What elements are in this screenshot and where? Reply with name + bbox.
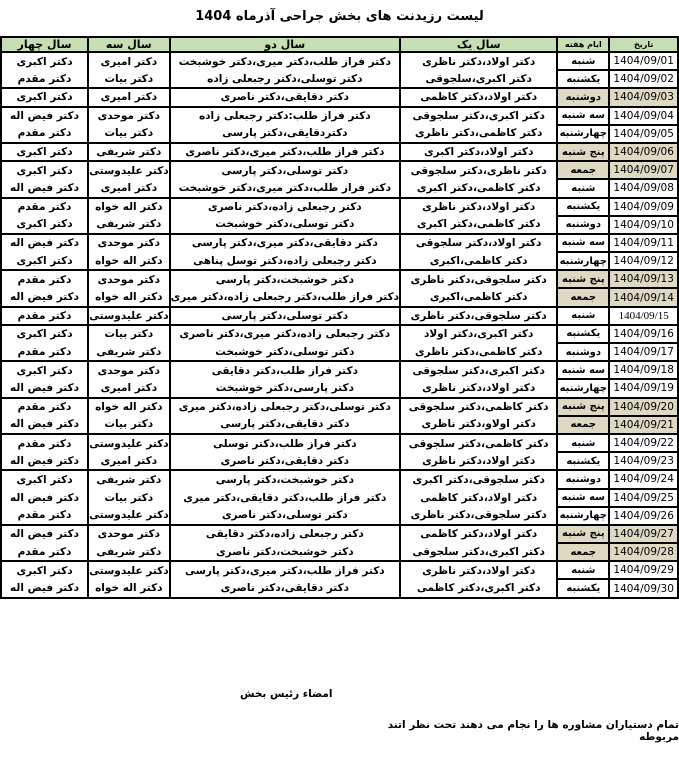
year1-cell: دکتر ناظری،دکتر سلجوقی <box>400 161 557 179</box>
schedule-row: 1404/09/25سه شنبهدکتر اولاد،دکتر کاظمیدک… <box>1 489 678 507</box>
weekday-cell: یکشنبه <box>557 198 609 216</box>
weekday-cell: یکشنبه <box>557 70 609 88</box>
date-cell: 1404/09/26 <box>609 507 678 525</box>
year2-cell: دکتر رجبعلی زاده،دکتر میری،دکتر ناصری <box>170 325 400 343</box>
date-cell: 1404/09/02 <box>609 70 678 88</box>
schedule-row: 1404/09/28جمعهدکتر اکبری،دکتر سلجوقیدکتر… <box>1 543 678 561</box>
date-cell: 1404/09/17 <box>609 343 678 361</box>
schedule-row: 1404/09/18سه شنبهدکتر اکبری،دکتر سلجوقید… <box>1 361 678 379</box>
page-title: لیست رزیدنت های بخش جراحی آذرماه 1404 <box>0 0 679 24</box>
weekday-cell: جمعه <box>557 161 609 179</box>
year3-cell: دکتر شریفی <box>88 216 170 234</box>
schedule-row: 1404/09/20پنج شنبهدکتر کاظمی،دکتر سلجوقی… <box>1 398 678 416</box>
year4-cell: دکتر فیض اله <box>1 379 88 397</box>
year4-cell: دکتر اکبری <box>1 470 88 488</box>
year3-cell: دکتر بیات <box>88 489 170 507</box>
year1-cell: دکتر سلجوقی،دکتر اکبری <box>400 470 557 488</box>
year4-cell: دکتر اکبری <box>1 143 88 161</box>
schedule-row: 1404/09/16یکشنبهدکتر اکبری،دکتر اولاددکت… <box>1 325 678 343</box>
year4-cell: دکتر فیض اله <box>1 416 88 434</box>
year4-cell: دکتر مقدم <box>1 507 88 525</box>
weekday-cell: جمعه <box>557 543 609 561</box>
year3-cell: دکتر امیری <box>88 88 170 106</box>
year1-cell: دکتر اکبری،دکتر سلجوقی <box>400 361 557 379</box>
year1-cell: دکتر اکبری،دکتر کاظمی <box>400 579 557 597</box>
weekday-cell: سه شنبه <box>557 234 609 252</box>
year3-cell: دکتر علیدوستی <box>88 434 170 452</box>
signature-line: امضاء رئیس بخش <box>240 688 333 700</box>
year4-cell: دکتر اکبری <box>1 252 88 270</box>
year1-cell: دکتر اکبری،سلجوقی <box>400 70 557 88</box>
schedule-row: 1404/09/17دوشنبهدکتر کاظمی،دکتر ناظریدکت… <box>1 343 678 361</box>
year4-cell: دکتر اکبری <box>1 561 88 579</box>
year1-cell: دکتر اولاد،دکتر ناظری <box>400 52 557 70</box>
year4-cell: دکتر فیض اله <box>1 579 88 597</box>
schedule-row: 1404/09/26چهارشنبهدکتر سلجوقی،دکتر ناظری… <box>1 507 678 525</box>
schedule-row: 1404/09/05چهارشنبهدکتر کاظمی،دکتر ناظرید… <box>1 125 678 143</box>
date-cell: 1404/09/16 <box>609 325 678 343</box>
date-cell: 1404/09/30 <box>609 579 678 597</box>
date-cell: 1404/09/09 <box>609 198 678 216</box>
year1-cell: دکتر اکبری،دکتر سلجوقی <box>400 107 557 125</box>
year3-cell: دکتر اله خواه <box>88 198 170 216</box>
year2-cell: دکتر فراز طلب،دکتر میری،دکتر پارسی <box>170 561 400 579</box>
date-cell: 1404/09/10 <box>609 216 678 234</box>
year1-cell: دکتر کاظمی،دکتر ناظری <box>400 343 557 361</box>
year1-cell: دکتر کاظمی،اکبری <box>400 288 557 306</box>
year2-cell: دکتر خوشبخت،دکتر پارسی <box>170 270 400 288</box>
date-cell: 1404/09/06 <box>609 143 678 161</box>
year1-cell: دکتر کاظمی،دکتر اکبری <box>400 179 557 197</box>
year2-cell: دکتر دقایقی،دکتر ناصری <box>170 579 400 597</box>
schedule-row: 1404/09/11سه شنبهدکتر اولاد،دکتر سلجوقید… <box>1 234 678 252</box>
date-cell: 1404/09/29 <box>609 561 678 579</box>
column-header-year2: سال دو <box>170 37 400 52</box>
year4-cell: دکتر اکبری <box>1 88 88 106</box>
weekday-cell: پنج شنبه <box>557 270 609 288</box>
column-header-year1: سال یک <box>400 37 557 52</box>
schedule-row: 1404/09/06پنج شنبهدکتر اولاد،دکتر اکبرید… <box>1 143 678 161</box>
year3-cell: دکتر اله خواه <box>88 252 170 270</box>
year4-cell: دکتر مقدم <box>1 307 88 325</box>
year4-cell: دکتر اکبری <box>1 52 88 70</box>
year4-cell: دکتر مقدم <box>1 198 88 216</box>
date-cell: 1404/09/23 <box>609 452 678 470</box>
year1-cell: دکتر اکبری،دکتر سلجوقی <box>400 543 557 561</box>
year2-cell: دکتر خوشبخت،دکتر ناصری <box>170 543 400 561</box>
schedule-row: 1404/09/14جمعهدکتر کاظمی،اکبریدکتر فراز … <box>1 288 678 306</box>
year2-cell: دکتر فراز طلب،دکتر رجبعلی زاده،دکتر میری <box>170 288 400 306</box>
year1-cell: دکتر کاظمی،دکتر سلجوقی <box>400 398 557 416</box>
date-cell: 1404/09/18 <box>609 361 678 379</box>
weekday-cell: چهارشنبه <box>557 252 609 270</box>
year1-cell: دکتر اولاد،دکتر ناظری <box>400 452 557 470</box>
year2-cell: دکتر فراز طلب،دکتر میری،دکتر خوشبخت <box>170 52 400 70</box>
year3-cell: دکتر شریفی <box>88 343 170 361</box>
weekday-cell: سه شنبه <box>557 489 609 507</box>
date-cell: 1404/09/21 <box>609 416 678 434</box>
schedule-row: 1404/09/13پنج شنبهدکتر سلجوقی،دکتر ناظری… <box>1 270 678 288</box>
year2-cell: دکتر فراز طلب:دکتر رجبعلی زاده <box>170 107 400 125</box>
year2-cell: دکتر فراز طلب،دکتر دقایقی،دکتر میری <box>170 489 400 507</box>
year4-cell: دکتر اکبری <box>1 361 88 379</box>
column-header-weekday: ایام هفته <box>557 37 609 52</box>
date-cell: 1404/09/12 <box>609 252 678 270</box>
column-header-year3: سال سه <box>88 37 170 52</box>
column-header-date: تاریخ <box>609 37 678 52</box>
year4-cell: دکتر فیض اله <box>1 452 88 470</box>
schedule-row: 1404/09/02یکشنبهدکتر اکبری،سلجوقیدکتر تو… <box>1 70 678 88</box>
year3-cell: دکتر علیدوستی <box>88 561 170 579</box>
weekday-cell: شنبه <box>557 307 609 325</box>
year4-cell: دکتر اکبری <box>1 325 88 343</box>
year4-cell: دکتر مقدم <box>1 70 88 88</box>
year2-cell: دکتر توسلی،دکتر پارسی <box>170 307 400 325</box>
weekday-cell: سه شنبه <box>557 107 609 125</box>
schedule-row: 1404/09/29شنبهدکتر اولاد،دکتر ناظریدکتر … <box>1 561 678 579</box>
date-cell: 1404/09/25 <box>609 489 678 507</box>
year4-cell: دکتر اکبری <box>1 216 88 234</box>
schedule-row: 1404/09/12چهارشنبهدکتر کاظمی،اکبریدکتر ر… <box>1 252 678 270</box>
year1-cell: دکتر اولاد،دکتر ناظری <box>400 561 557 579</box>
year4-cell: دکتر مقدم <box>1 125 88 143</box>
year2-cell: دکتر توسلی،دکتر رجبعلی زاده،دکتر میری <box>170 398 400 416</box>
year1-cell: دکتر سلجوقی،دکتر ناظری <box>400 307 557 325</box>
weekday-cell: جمعه <box>557 288 609 306</box>
schedule-row: 1404/09/27پنج شنبهدکتر اولاد،دکتر کاظمید… <box>1 525 678 543</box>
weekday-cell: چهارشنبه <box>557 507 609 525</box>
year4-cell: دکتر فیض اله <box>1 288 88 306</box>
year4-cell: دکتر فیض اله <box>1 234 88 252</box>
year2-cell: دکتر دقایقی،دکتر میری،دکتر پارسی <box>170 234 400 252</box>
year4-cell: دکتر فیض اله <box>1 107 88 125</box>
year3-cell: دکتر امیری <box>88 52 170 70</box>
schedule-row: 1404/09/08شنبهدکتر کاظمی،دکتر اکبریدکتر … <box>1 179 678 197</box>
year3-cell: دکتر بیات <box>88 70 170 88</box>
date-cell: 1404/09/22 <box>609 434 678 452</box>
year3-cell: دکتر امیری <box>88 179 170 197</box>
year1-cell: دکتر کاظمی،دکتر ناظری <box>400 125 557 143</box>
year1-cell: دکتر اولاد،دکتر سلجوقی <box>400 234 557 252</box>
date-cell: 1404/09/20 <box>609 398 678 416</box>
year4-cell: دکتر مقدم <box>1 270 88 288</box>
date-cell: 1404/09/03 <box>609 88 678 106</box>
date-cell: 1404/09/11 <box>609 234 678 252</box>
schedule-row: 1404/09/21جمعهدکتر اولاو،دکتر ناظریدکتر … <box>1 416 678 434</box>
schedule-row: 1404/09/23یکشنبهدکتر اولاد،دکتر ناظریدکت… <box>1 452 678 470</box>
year1-cell: دکتر اولاد،دکتر کاظمی <box>400 88 557 106</box>
date-cell: 1404/09/13 <box>609 270 678 288</box>
weekday-cell: شنبه <box>557 179 609 197</box>
year4-cell: دکتر فیض اله <box>1 179 88 197</box>
schedule-row: 1404/09/15شنبهدکتر سلجوقی،دکتر ناظریدکتر… <box>1 307 678 325</box>
date-cell: 1404/09/04 <box>609 107 678 125</box>
year2-cell: دکتر توسلی،دکتر خوشبخت <box>170 216 400 234</box>
year1-cell: دکتر اولاد،دکتر کاظمی <box>400 525 557 543</box>
weekday-cell: چهارشنبه <box>557 379 609 397</box>
weekday-cell: دوشنبه <box>557 216 609 234</box>
weekday-cell: سه شنبه <box>557 361 609 379</box>
date-cell: 1404/09/08 <box>609 179 678 197</box>
year4-cell: دکتر مقدم <box>1 398 88 416</box>
date-cell: 1404/09/24 <box>609 470 678 488</box>
year4-cell: دکتر مقدم <box>1 343 88 361</box>
header-row: تاریخ ایام هفته سال یک سال دو سال سه سال… <box>1 37 678 52</box>
weekday-cell: دوشنبه <box>557 88 609 106</box>
schedule-row: 1404/09/19چهارشنبهدکتر اولاد،دکتر ناظرید… <box>1 379 678 397</box>
year3-cell: دکتر علیدوستی <box>88 307 170 325</box>
year4-cell: دکتر مقدم <box>1 434 88 452</box>
schedule-row: 1404/09/24دوشنبهدکتر سلجوقی،دکتر اکبریدک… <box>1 470 678 488</box>
weekday-cell: پنج شنبه <box>557 525 609 543</box>
weekday-cell: پنج شنبه <box>557 143 609 161</box>
year1-cell: دکتر اکبری،دکتر اولاد <box>400 325 557 343</box>
year3-cell: دکتر بیات <box>88 416 170 434</box>
date-cell: 1404/09/07 <box>609 161 678 179</box>
year3-cell: دکتر بیات <box>88 125 170 143</box>
residents-schedule-table: تاریخ ایام هفته سال یک سال دو سال سه سال… <box>0 36 679 599</box>
schedule-page: لیست رزیدنت های بخش جراحی آذرماه 1404 تا… <box>0 0 679 599</box>
date-cell: 1404/09/15 <box>609 307 678 325</box>
year2-cell: دکتر دقایقی،دکتر پارسی <box>170 416 400 434</box>
year2-cell: دکتر فراز طلب،دکتر میری،دکتر خوشبخت <box>170 179 400 197</box>
year2-cell: دکتر رجبعلی زاده،دکتر توسل پناهی <box>170 252 400 270</box>
year3-cell: دکتر موحدی <box>88 270 170 288</box>
year1-cell: دکتر اولاد،دکتر ناظری <box>400 379 557 397</box>
weekday-cell: شنبه <box>557 52 609 70</box>
weekday-cell: دوشنبه <box>557 343 609 361</box>
year3-cell: دکتر اله خواه <box>88 579 170 597</box>
schedule-row: 1404/09/03دوشنبهدکتر اولاد،دکتر کاظمیدکت… <box>1 88 678 106</box>
weekday-cell: چهارشنبه <box>557 125 609 143</box>
year4-cell: دکتر اکبری <box>1 161 88 179</box>
weekday-cell: شنبه <box>557 561 609 579</box>
year4-cell: دکتر فیض اله <box>1 525 88 543</box>
weekday-cell: پنج شنبه <box>557 398 609 416</box>
year3-cell: دکتر علیدوستی <box>88 161 170 179</box>
weekday-cell: شنبه <box>557 434 609 452</box>
weekday-cell: جمعه <box>557 416 609 434</box>
footer-note: تمام دستیاران مشاوره ها را نجام می دهند … <box>373 719 679 743</box>
schedule-row: 1404/09/07جمعهدکتر ناظری،دکتر سلجوقیدکتر… <box>1 161 678 179</box>
year2-cell: دکتر فراز طلب،دکتر دقایقی <box>170 361 400 379</box>
schedule-row: 1404/09/22شنبهدکتر کاظمی،دکتر سلجوقیدکتر… <box>1 434 678 452</box>
year1-cell: دکتر اولاد،دکتر اکبری <box>400 143 557 161</box>
year2-cell: دکتر خوشبخت،دکتر پارسی <box>170 470 400 488</box>
year3-cell: دکتر اله خواه <box>88 398 170 416</box>
column-header-year4: سال چهار <box>1 37 88 52</box>
year3-cell: دکتر امیری <box>88 379 170 397</box>
weekday-cell: یکشنبه <box>557 325 609 343</box>
year2-cell: دکتر توسلی،دکتر رجبعلی زاده <box>170 70 400 88</box>
year1-cell: دکتر کاظمی،اکبری <box>400 252 557 270</box>
date-cell: 1404/09/05 <box>609 125 678 143</box>
year3-cell: دکتر شریفی <box>88 470 170 488</box>
year3-cell: دکتر اله خواه <box>88 288 170 306</box>
year3-cell: دکتر موحدی <box>88 361 170 379</box>
year1-cell: دکتر اولاد،دکتر کاظمی <box>400 489 557 507</box>
year2-cell: دکتر فراز طلب،دکتر توسلی <box>170 434 400 452</box>
schedule-body: 1404/09/01شنبهدکتر اولاد،دکتر ناظریدکتر … <box>1 52 678 598</box>
weekday-cell: دوشنبه <box>557 470 609 488</box>
year2-cell: دکتر توسلی،دکتر خوشبخت <box>170 343 400 361</box>
date-cell: 1404/09/14 <box>609 288 678 306</box>
date-cell: 1404/09/27 <box>609 525 678 543</box>
year3-cell: دکتر علیدوستی <box>88 507 170 525</box>
year1-cell: دکتر اولاد،دکتر ناظری <box>400 198 557 216</box>
weekday-cell: یکشنبه <box>557 579 609 597</box>
schedule-row: 1404/09/09یکشنبهدکتر اولاد،دکتر ناظریدکت… <box>1 198 678 216</box>
date-cell: 1404/09/01 <box>609 52 678 70</box>
year3-cell: دکتر شریفی <box>88 143 170 161</box>
year3-cell: دکتر موحدی <box>88 234 170 252</box>
year3-cell: دکتر شریفی <box>88 543 170 561</box>
year1-cell: دکتر اولاو،دکتر ناظری <box>400 416 557 434</box>
year2-cell: دکتر دقایقی،دکتر ناصری <box>170 88 400 106</box>
year1-cell: دکتر کاظمی،دکتر سلجوقی <box>400 434 557 452</box>
date-cell: 1404/09/28 <box>609 543 678 561</box>
year1-cell: دکتر سلجوقی،دکتر ناظری <box>400 270 557 288</box>
year1-cell: دکتر کاظمی،دکتر اکبری <box>400 216 557 234</box>
year3-cell: دکتر بیات <box>88 325 170 343</box>
year2-cell: دکتر فراز طلب،دکتر میری،دکتر ناصری <box>170 143 400 161</box>
schedule-row: 1404/09/30یکشنبهدکتر اکبری،دکتر کاظمیدکت… <box>1 579 678 597</box>
year2-cell: دکتردقایقی،دکتر پارسی <box>170 125 400 143</box>
year2-cell: دکتر توسلی،دکتر ناصری <box>170 507 400 525</box>
year2-cell: دکتر رجبعلی زاده،دکتر ناصری <box>170 198 400 216</box>
year1-cell: دکتر سلجوقی،دکتر ناظری <box>400 507 557 525</box>
year3-cell: دکتر موحدی <box>88 525 170 543</box>
year2-cell: دکتر توسلی،دکتر پارسی <box>170 161 400 179</box>
schedule-row: 1404/09/01شنبهدکتر اولاد،دکتر ناظریدکتر … <box>1 52 678 70</box>
year4-cell: دکتر فیض اله <box>1 489 88 507</box>
schedule-row: 1404/09/04سه شنبهدکتر اکبری،دکتر سلجوقید… <box>1 107 678 125</box>
year3-cell: دکتر موحدی <box>88 107 170 125</box>
date-cell: 1404/09/19 <box>609 379 678 397</box>
year2-cell: دکتر پارسی،دکتر خوشبخت <box>170 379 400 397</box>
schedule-row: 1404/09/10دوشنبهدکتر کاظمی،دکتر اکبریدکت… <box>1 216 678 234</box>
weekday-cell: یکشنبه <box>557 452 609 470</box>
year3-cell: دکتر امیری <box>88 452 170 470</box>
year4-cell: دکتر مقدم <box>1 543 88 561</box>
year2-cell: دکتر رجبعلی زاده،دکتر دقایقی <box>170 525 400 543</box>
year2-cell: دکتر دقایقی،دکتر ناصری <box>170 452 400 470</box>
